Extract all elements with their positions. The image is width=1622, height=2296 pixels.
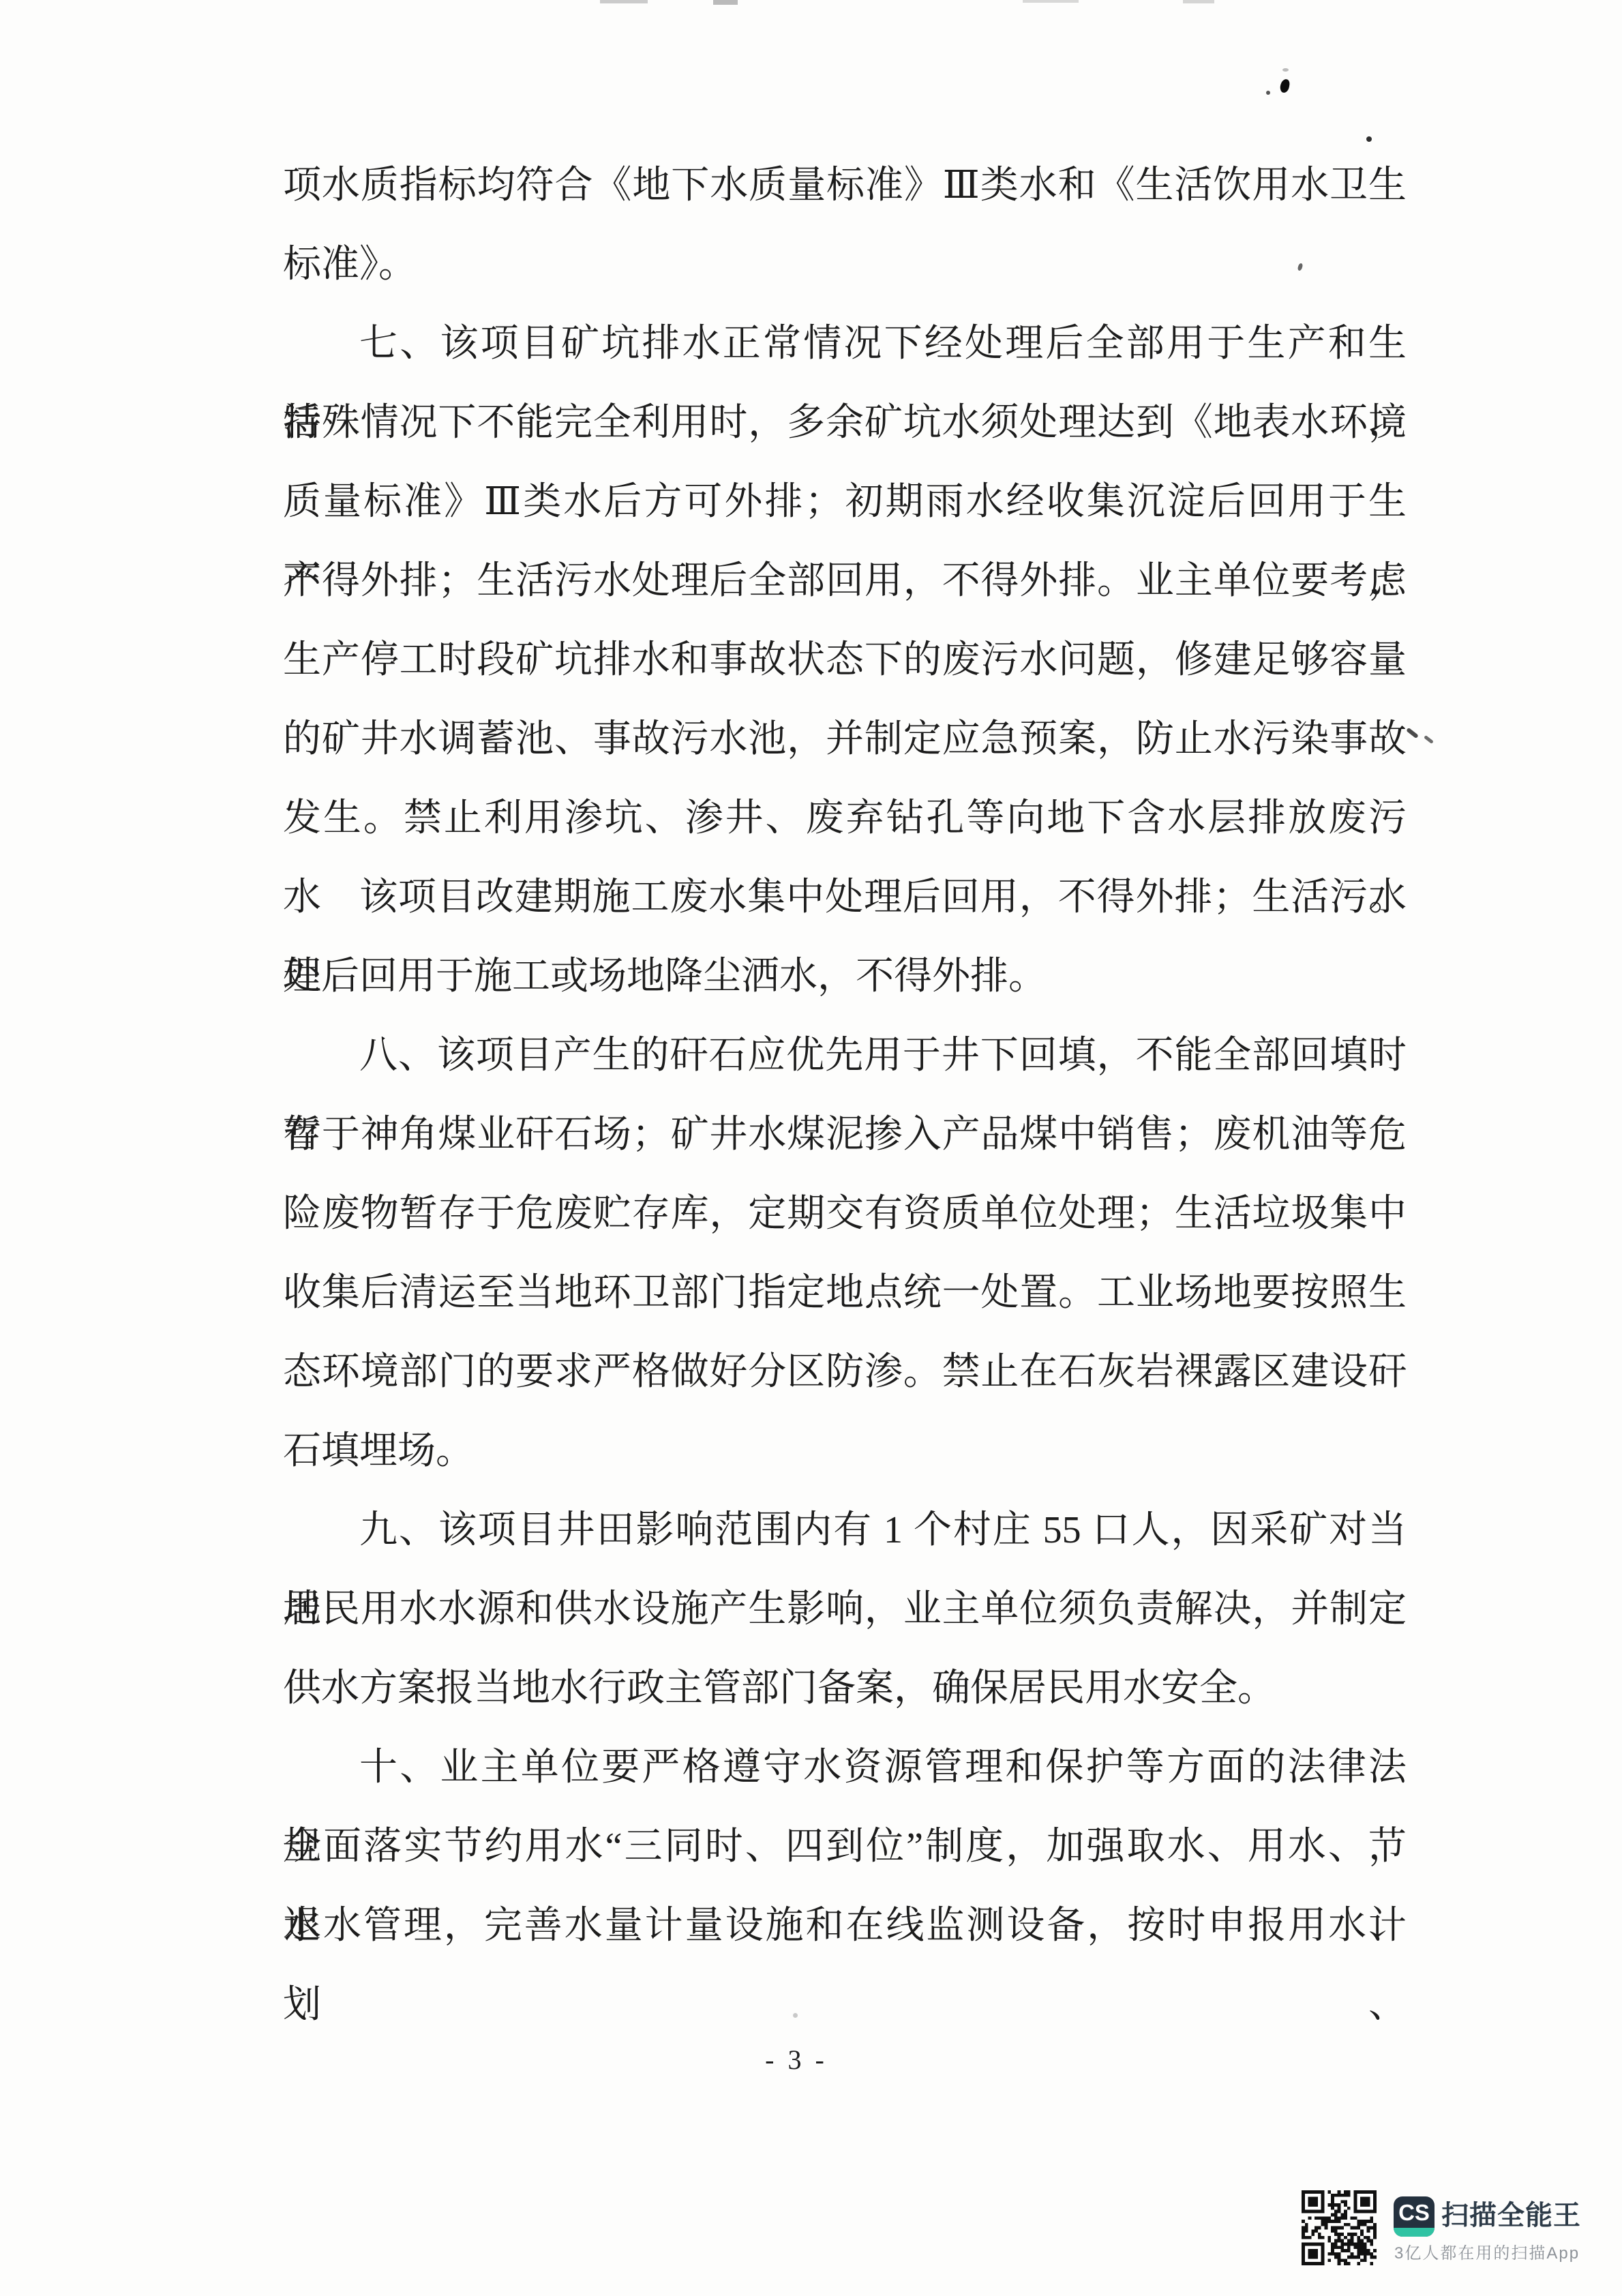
ink-speck [1424,735,1434,744]
text-line: 全面落实节约用水“三同时、四到位”制度，加强取水、用水、节水、 [283,1807,1407,1886]
ink-speck [1282,68,1289,72]
camscanner-logo: CS [1394,2196,1435,2237]
text-line: 理后回用于施工或场地降尘洒水，不得外排。 [283,937,1407,1016]
scan-edge-smudge [713,0,738,5]
text-line: 的矿井水调蓄池、事故污水池，并制定应急预案，防止水污染事故 [283,700,1407,779]
text-line: 七、该项目矿坑排水正常情况下经处理后全部用于生产和生活， [283,304,1407,383]
text-line: 居民用水水源和供水设施产生影响，业主单位须负责解决，并制定 [283,1570,1407,1649]
document-body: 项水质指标均符合《地下水质量标准》Ⅲ类水和《生活饮用水卫生标准》。七、该项目矿坑… [283,146,1407,1965]
scan-edge-smudge [600,0,648,3]
scanned-document-page: 项水质指标均符合《地下水质量标准》Ⅲ类水和《生活饮用水卫生标准》。七、该项目矿坑… [0,0,1622,2296]
page-number: - 3 - [742,2040,851,2080]
text-line: 险废物暂存于危废贮存库，定期交有资质单位处理；生活垃圾集中 [283,1174,1407,1253]
text-line: 收集后清运至当地环卫部门指定地点统一处置。工业场地要按照生 [283,1253,1407,1332]
text-line: 供水方案报当地水行政主管部门备案，确保居民用水安全。 [283,1649,1407,1728]
text-line: 十、业主单位要严格遵守水资源管理和保护等方面的法律法规， [283,1728,1407,1807]
scan-edge-smudge [1023,0,1079,3]
text-line: 九、该项目井田影响范围内有 1 个村庄 55 口人，因采矿对当地 [283,1491,1407,1570]
text-line: 标准》。 [283,225,1407,304]
text-line: 退水管理，完善水量计量设施和在线监测设备，按时申报用水计划、 [283,1886,1407,1965]
text-line: 项水质指标均符合《地下水质量标准》Ⅲ类水和《生活饮用水卫生 [283,146,1407,225]
cs-monogram: CS [1394,2196,1435,2228]
text-line: 石填埋场。 [283,1412,1407,1491]
text-line: 特殊情况下不能完全利用时，多余矿坑水须处理达到《地表水环境 [283,383,1407,462]
scan-edge-smudge [1183,0,1214,3]
text-line: 八、该项目产生的矸石应优先用于井下回填，不能全部回填时暂 [283,1016,1407,1095]
ink-speck [1280,78,1291,93]
qr-code [1302,2190,1377,2265]
ink-speck [1366,136,1372,142]
text-line: 发生。禁止利用渗坑、渗井、废弃钻孔等向地下含水层排放废污水。 [283,779,1407,858]
text-line: 态环境部门的要求严格做好分区防渗。禁止在石灰岩裸露区建设矸 [283,1332,1407,1412]
app-tagline: 3亿人都在用的扫描App [1394,2243,1580,2264]
text-line: 质量标准》Ⅲ类水后方可外排；初期雨水经收集沉淀后回用于生产， [283,462,1407,541]
logo-accent-bar [1394,2228,1435,2237]
text-line: 存于神角煤业矸石场；矿井水煤泥掺入产品煤中销售；废机油等危 [283,1095,1407,1174]
text-line: 该项目改建期施工废水集中处理后回用，不得外排；生活污水处 [283,858,1407,937]
app-name: 扫描全能王 [1441,2198,1581,2233]
ink-speck [1406,728,1419,739]
text-line: 生产停工时段矿坑排水和事故状态下的废污水问题，修建足够容量 [283,621,1407,700]
ink-speck [1266,91,1270,95]
text-line: 不得外排；生活污水处理后全部回用，不得外排。业主单位要考虑 [283,541,1407,621]
